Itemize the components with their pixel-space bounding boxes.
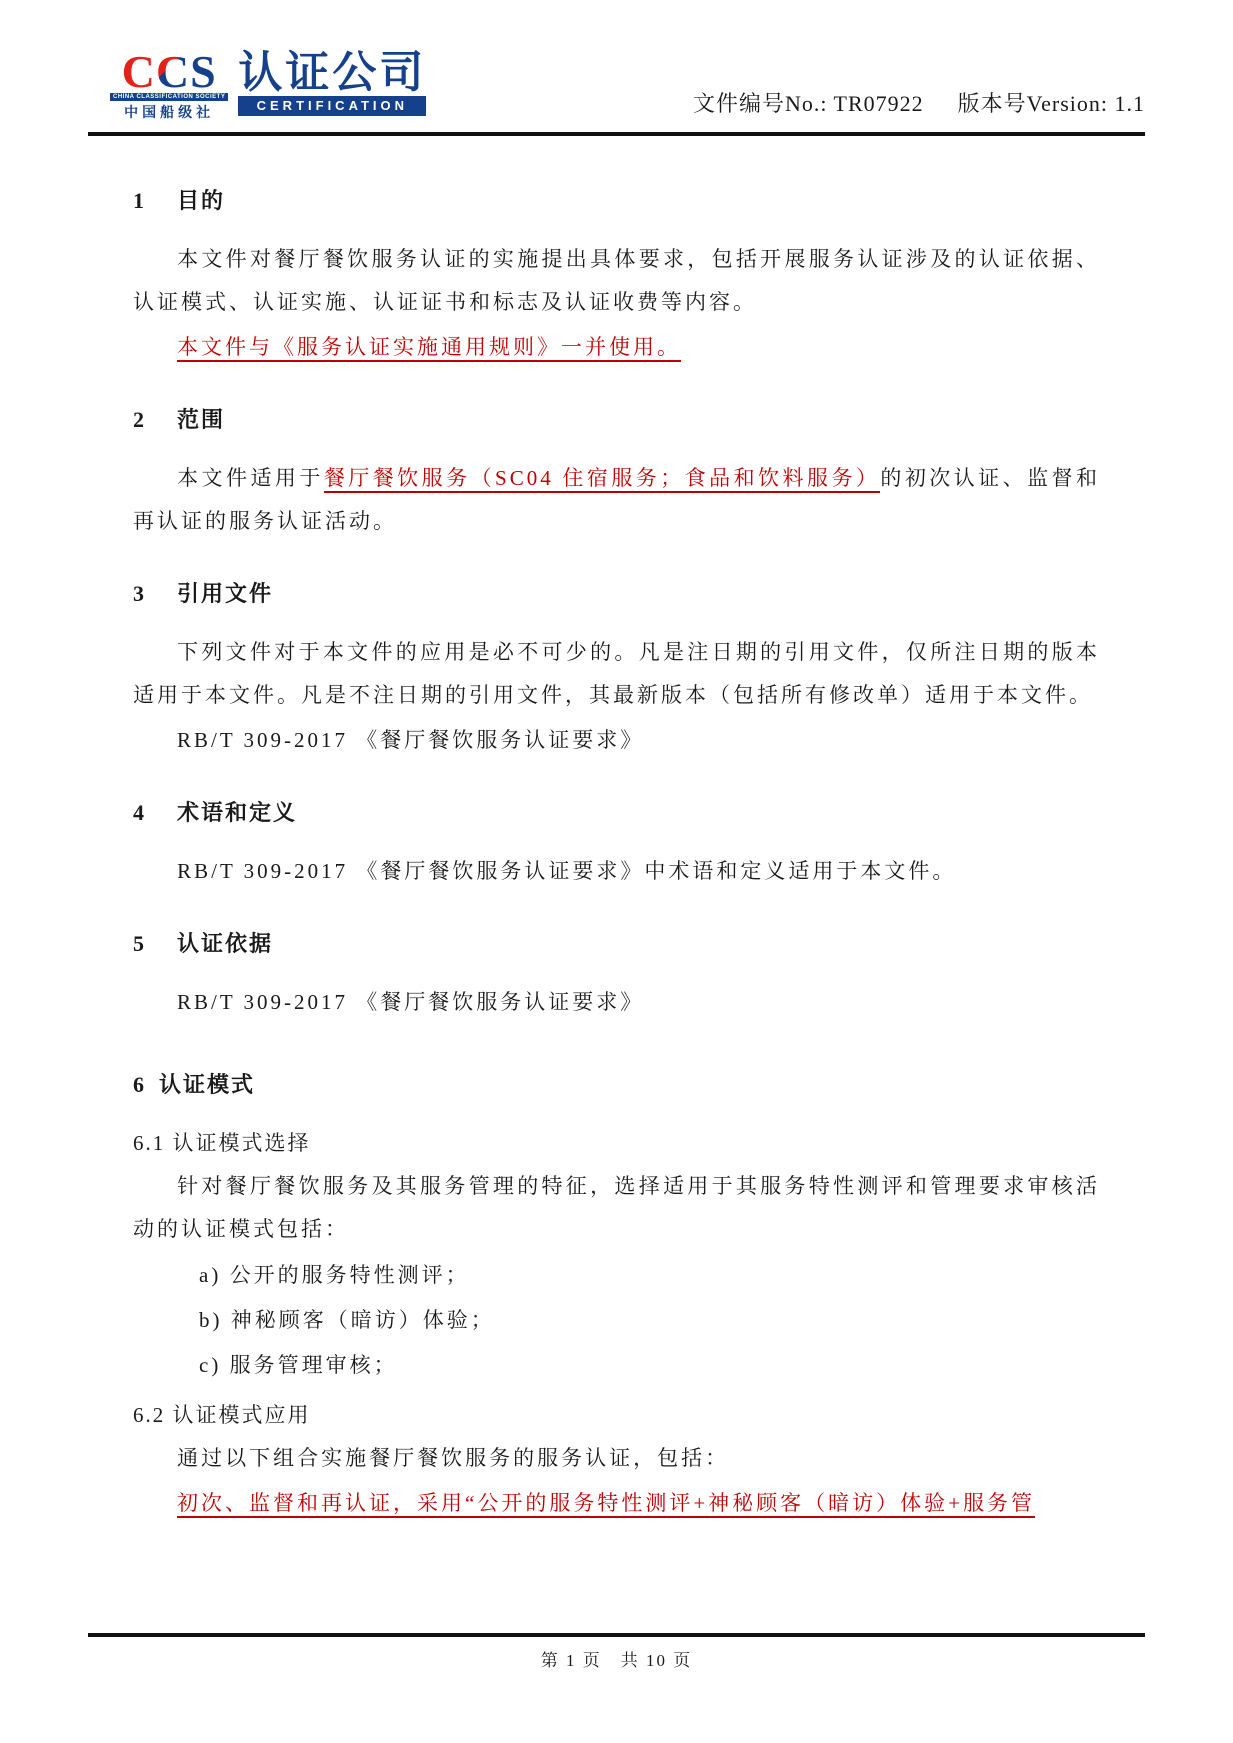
document-version: 版本号Version: 1.1	[958, 91, 1145, 116]
section-4-number: 4	[133, 798, 177, 828]
section-1-number: 1	[133, 186, 177, 216]
section-2-title: 范围	[177, 407, 225, 432]
section-4-title: 术语和定义	[177, 800, 297, 825]
page-footer: 第 1 页 共 10 页	[0, 1633, 1233, 1671]
section-4-heading: 4术语和定义	[133, 798, 1100, 828]
page-header: CCS CHINA CLASSIFICATION SOCIETY 中国船级社 认…	[0, 0, 1233, 136]
ccs-logo-mark: CCS CHINA CLASSIFICATION SOCIETY 中国船级社	[110, 52, 228, 122]
section-2-heading: 2范围	[133, 405, 1100, 435]
section-5-title: 认证依据	[177, 931, 273, 956]
section-6-title: 认证模式	[159, 1072, 255, 1097]
section-6-2-paragraph: 通过以下组合实施餐厅餐饮服务的服务认证，包括：	[133, 1437, 1100, 1480]
ccs-logo: CCS CHINA CLASSIFICATION SOCIETY 中国船级社 认…	[110, 52, 426, 122]
mode-list-item-a: a) 公开的服务特性测评；	[199, 1253, 1100, 1298]
section-4-paragraph: RB/T 309-2017 《餐厅餐饮服务认证要求》中术语和定义适用于本文件。	[133, 850, 1100, 893]
section-6-number: 6	[133, 1070, 159, 1100]
section-6-1-subheading: 6.1 认证模式选择	[133, 1122, 1100, 1165]
section-2-number: 2	[133, 405, 177, 435]
section-1-paragraph: 本文件对餐厅餐饮服务认证的实施提出具体要求，包括开展服务认证涉及的认证依据、认证…	[133, 238, 1100, 324]
section-6-1-paragraph: 针对餐厅餐饮服务及其服务管理的特征，选择适用于其服务特性测评和管理要求审核活动的…	[133, 1165, 1100, 1251]
society-name-en: CHINA CLASSIFICATION SOCIETY	[110, 93, 228, 101]
section-6-2-red-note: 初次、监督和再认证，采用“公开的服务特性测评+神秘顾客（暗访）体验+服务管	[133, 1482, 1100, 1525]
mode-list-item-b: b) 神秘顾客（暗访）体验；	[199, 1298, 1100, 1343]
section-3-number: 3	[133, 579, 177, 609]
section-1-title: 目的	[177, 188, 225, 213]
section-1-heading: 1目的	[133, 186, 1100, 216]
document-body: 1目的 本文件对餐厅餐饮服务认证的实施提出具体要求，包括开展服务认证涉及的认证依…	[0, 136, 1233, 1525]
section-2-red-scope: 餐厅餐饮服务（SC04 住宿服务；食品和饮料服务）	[324, 466, 881, 493]
document-page: CCS CHINA CLASSIFICATION SOCIETY 中国船级社 认…	[0, 0, 1233, 1743]
section-2-paragraph: 本文件适用于餐厅餐饮服务（SC04 住宿服务；食品和饮料服务）的初次认证、监督和…	[133, 457, 1100, 543]
document-meta: 文件编号No.: TR07922版本号Version: 1.1	[693, 87, 1145, 122]
section-1-red-note: 本文件与《服务认证实施通用规则》一并使用。	[133, 326, 1100, 369]
section-6-2-subheading: 6.2 认证模式应用	[133, 1394, 1100, 1437]
section-6-heading: 6认证模式	[133, 1070, 1100, 1100]
section-3-title: 引用文件	[177, 581, 273, 606]
certification-label: CERTIFICATION	[238, 96, 426, 116]
ccs-letters: CCS	[122, 52, 217, 92]
mode-list-item-c: c) 服务管理审核；	[199, 1343, 1100, 1388]
section-5-number: 5	[133, 929, 177, 959]
section-3-heading: 3引用文件	[133, 579, 1100, 609]
footer-divider	[88, 1633, 1145, 1637]
page-number: 第 1 页 共 10 页	[0, 1646, 1233, 1671]
section-5-heading: 5认证依据	[133, 929, 1100, 959]
company-name-cn: 认证公司	[238, 52, 426, 94]
document-number: 文件编号No.: TR07922	[693, 91, 924, 116]
society-name-cn: 中国船级社	[124, 102, 214, 122]
section-5-reference: RB/T 309-2017 《餐厅餐饮服务认证要求》	[133, 981, 1100, 1024]
section-3-reference: RB/T 309-2017 《餐厅餐饮服务认证要求》	[133, 719, 1100, 762]
ccs-logo-wordmark: 认证公司 CERTIFICATION	[238, 52, 426, 116]
section-3-paragraph: 下列文件对于本文件的应用是必不可少的。凡是注日期的引用文件，仅所注日期的版本适用…	[133, 631, 1100, 717]
